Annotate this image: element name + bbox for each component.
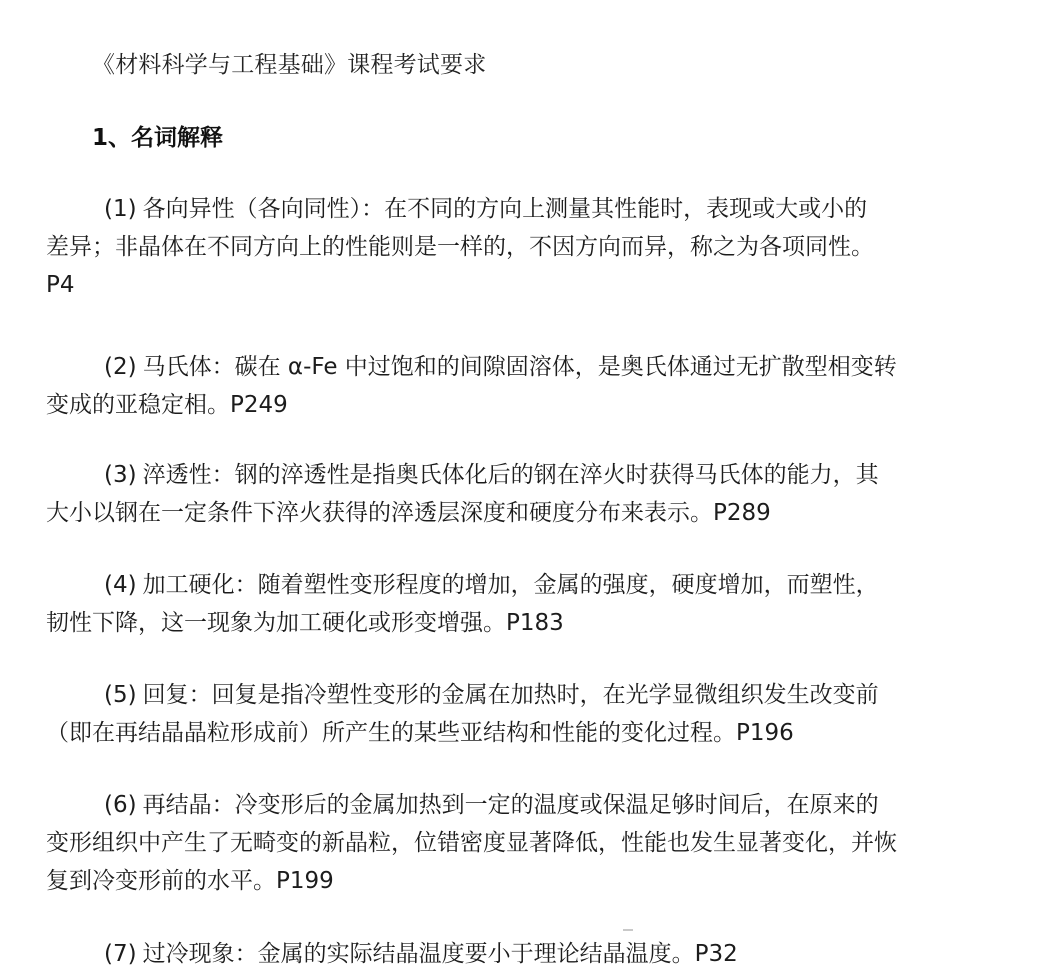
entry-text: 各向异性（各向同性）：在不同的方向上测量其性能时，表现或大或小的	[143, 196, 868, 222]
entry-line: (3)淬透性：钢的淬透性是指奥氏体化后的钢在淬火时获得马氏体的能力，其	[46, 456, 1021, 494]
entry-text: 加工硬化：随着塑性变形程度的增加，金属的强度，硬度增加，而塑性，	[143, 572, 879, 598]
entry-number: (3)	[104, 462, 137, 488]
page-reference: P4	[46, 266, 1021, 304]
entry-number: (2)	[104, 354, 137, 380]
entry-text: 淬透性：钢的淬透性是指奥氏体化后的钢在淬火时获得马氏体的能力，其	[143, 462, 879, 488]
entry-text: 回复：回复是指冷塑性变形的金属在加热时，在光学显微组织发生改变前	[143, 682, 879, 708]
entry-text: 再结晶：冷变形后的金属加热到一定的温度或保温足够时间后，在原来的	[143, 792, 879, 818]
document-page: 《材料科学与工程基础》课程考试要求 1、名词解释 (1)各向异性（各向同性）：在…	[0, 0, 1060, 977]
entry-line: （即在再结晶晶粒形成前）所产生的某些亚结构和性能的变化过程。P196	[46, 714, 1021, 752]
entry-line: (2)马氏体：碳在 α-Fe 中过饱和的间隙固溶体，是奥氏体通过无扩散型相变转	[46, 348, 1021, 386]
entry-number: (1)	[104, 196, 137, 222]
entry-number: (6)	[104, 792, 137, 818]
entry-number: (4)	[104, 572, 137, 598]
entry-line: (4)加工硬化：随着塑性变形程度的增加，金属的强度，硬度增加，而塑性，	[46, 566, 1021, 604]
definition-entry-6: (6)再结晶：冷变形后的金属加热到一定的温度或保温足够时间后，在原来的 变形组织…	[46, 786, 1021, 900]
entry-line: (7)过冷现象：金属的实际结晶温度要小于理论结晶温度。P32	[46, 935, 1021, 973]
entry-text: 过冷现象：金属的实际结晶温度要小于理论结晶温度。P32	[143, 941, 738, 967]
definition-entry-1: (1)各向异性（各向同性）：在不同的方向上测量其性能时，表现或大或小的 差异；非…	[46, 190, 1021, 304]
definition-entry-4: (4)加工硬化：随着塑性变形程度的增加，金属的强度，硬度增加，而塑性， 韧性下降…	[46, 566, 1021, 642]
definition-entry-5: (5)回复：回复是指冷塑性变形的金属在加热时，在光学显微组织发生改变前 （即在再…	[46, 676, 1021, 752]
section-heading: 1、名词解释	[92, 119, 223, 152]
entry-line: 差异；非晶体在不同方向上的性能则是一样的，不因方向而异，称之为各项同性。	[46, 228, 1021, 266]
entry-line: 变形组织中产生了无畸变的新晶粒，位错密度显著降低，性能也发生显著变化，并恢	[46, 824, 1021, 862]
entry-line: (1)各向异性（各向同性）：在不同的方向上测量其性能时，表现或大或小的	[46, 190, 1021, 228]
entry-line: 大小以钢在一定条件下淬火获得的淬透层深度和硬度分布来表示。P289	[46, 494, 1021, 532]
entry-line: 韧性下降，这一现象为加工硬化或形变增强。P183	[46, 604, 1021, 642]
definition-entry-7: (7)过冷现象：金属的实际结晶温度要小于理论结晶温度。P32	[46, 935, 1021, 973]
entry-number: (7)	[104, 941, 137, 967]
entry-number: (5)	[104, 682, 137, 708]
document-title: 《材料科学与工程基础》课程考试要求	[92, 46, 486, 79]
entry-text: 马氏体：碳在 α-Fe 中过饱和的间隙固溶体，是奥氏体通过无扩散型相变转	[143, 354, 897, 380]
definition-entry-3: (3)淬透性：钢的淬透性是指奥氏体化后的钢在淬火时获得马氏体的能力，其 大小以钢…	[46, 456, 1021, 532]
definition-entry-2: (2)马氏体：碳在 α-Fe 中过饱和的间隙固溶体，是奥氏体通过无扩散型相变转 …	[46, 348, 1021, 424]
page-mark	[623, 929, 633, 931]
entry-line: (6)再结晶：冷变形后的金属加热到一定的温度或保温足够时间后，在原来的	[46, 786, 1021, 824]
entry-line: 变成的亚稳定相。P249	[46, 386, 1021, 424]
entry-line: (5)回复：回复是指冷塑性变形的金属在加热时，在光学显微组织发生改变前	[46, 676, 1021, 714]
entry-line: 复到冷变形前的水平。P199	[46, 862, 1021, 900]
